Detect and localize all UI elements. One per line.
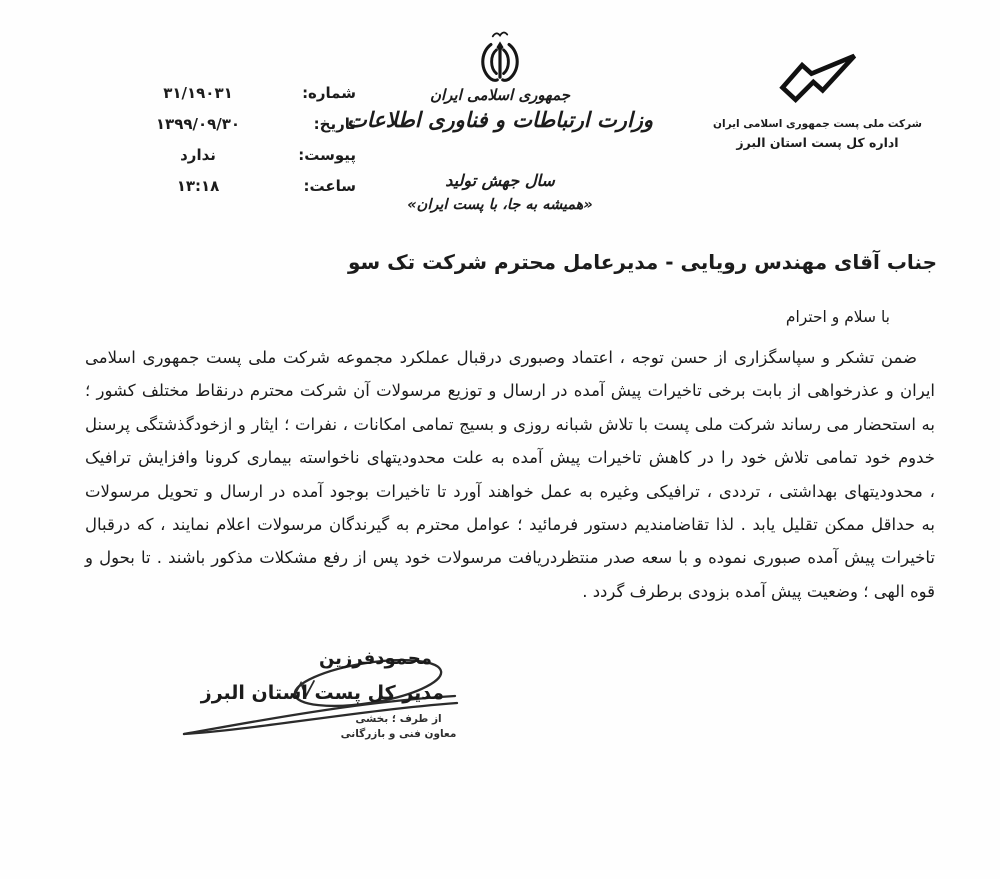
meta-row-number: شماره: ۳۱/۱۹۰۳۱ [128,84,356,115]
body-line: تاخیرات پیش آمده صبوری نموده و با سعه صد… [85,541,935,574]
ministry-name: وزارت ارتباطات و فناوری اطلاعات [330,108,670,132]
post-office-name: اداره کل پست استان البرز [695,135,940,150]
date-value: ۱۳۹۹/۰۹/۳۰ [128,115,268,133]
scanned-letter-page: شماره: ۳۱/۱۹۰۳۱ تاریخ: ۱۳۹۹/۰۹/۳۰ پیوست:… [0,0,1000,879]
iran-emblem-icon [467,30,533,88]
number-value: ۳۱/۱۹۰۳۱ [128,84,268,102]
stamp-deputy-title: معاون فنی و بازرگانی [321,727,476,742]
year-slogan: سال جهش تولید [380,171,620,190]
body-line: به حداقل ممکن تقلیل یابد . لذا تقاضامندی… [85,508,935,541]
time-label: ساعت: [268,177,356,195]
post-company-block: شرکت ملی پست جمهوری اسلامی ایران اداره ک… [695,53,940,150]
stamp-on-behalf: از طرف ؛ بخشی [321,712,476,727]
body-line: خدوم خود تمامی تلاش خود را در کاهش تاخیر… [85,441,935,474]
stamp-text: از طرف ؛ بخشی معاون فنی و بازرگانی [321,712,476,742]
meta-row-attachment: پیوست: ندارد [128,146,356,177]
body-line: ایران و عذرخواهی از بابت برخی تاخیرات پی… [85,374,935,407]
iran-emblem [460,30,540,92]
letter-meta-fields: شماره: ۳۱/۱۹۰۳۱ تاریخ: ۱۳۹۹/۰۹/۳۰ پیوست:… [128,84,356,208]
time-value: ۱۳:۱۸ [128,177,268,195]
body-line: به استحضار می رساند شرکت ملی پست با تلاش… [85,408,935,441]
addressee-line: جناب آقای مهندس رویایی - مدیرعامل محترم … [57,250,937,274]
meta-row-time: ساعت: ۱۳:۱۸ [128,177,356,208]
handwritten-signature [182,640,482,770]
greeting-line: با سلام و احترام [786,308,890,326]
post-slogan: «همیشه به جا، با پست ایران» [350,197,650,213]
iran-post-logo [776,53,860,111]
body-line: ضمن تشکر و سپاسگزاری از حسن توجه ، اعتما… [85,341,935,374]
body-line: ، محدودیتهای بهداشتی ، ترددی ، ترافیکی و… [85,475,935,508]
letter-body: ضمن تشکر و سپاسگزاری از حسن توجه ، اعتما… [85,341,935,608]
post-company-name: شرکت ملی پست جمهوری اسلامی ایران [695,118,940,130]
country-name: جمهوری اسلامی ایران [350,86,650,104]
body-line: قوه الهی ؛ وضعیت پیش آمده بزودی برطرف گر… [85,575,935,608]
attachment-value: ندارد [128,146,268,164]
number-label: شماره: [268,84,356,102]
meta-row-date: تاریخ: ۱۳۹۹/۰۹/۳۰ [128,115,356,146]
attachment-label: پیوست: [268,146,356,164]
signature-block: محمودفرزین مدیر کل پست استان البرز از طر… [182,640,482,775]
